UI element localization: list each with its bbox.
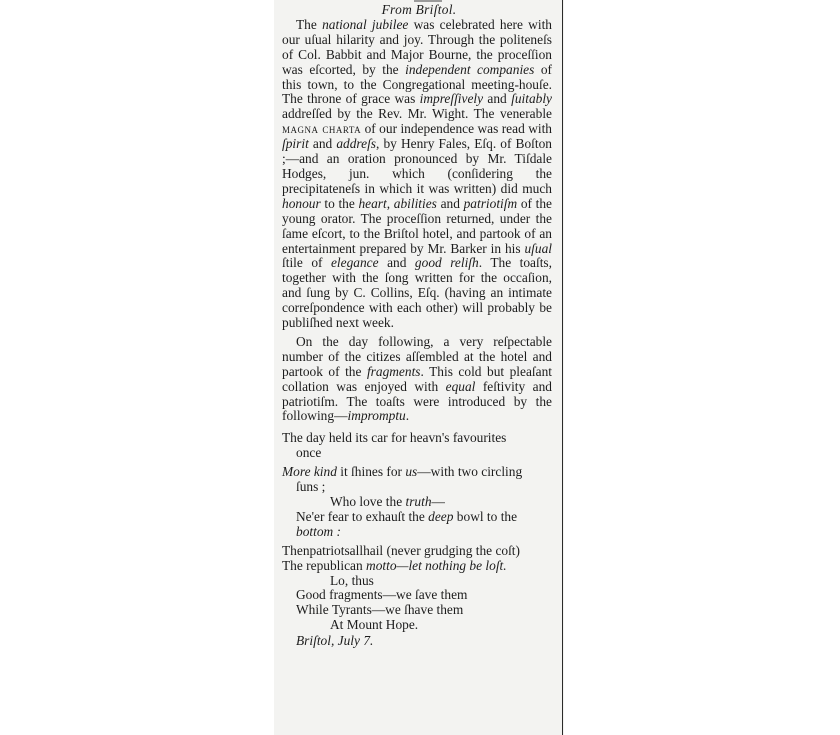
poem-line: ſuns ; <box>282 480 552 495</box>
italic-text: motto—let nothing be loſt. <box>366 558 507 573</box>
article-paragraph-2: On the day following, a very reſpectable… <box>282 335 556 424</box>
italic-text: impreſſively <box>420 91 483 106</box>
poem-line: Good fragments—we ſave them <box>282 588 552 603</box>
italic-text: equal <box>446 379 476 394</box>
poem-line: The day held its car for heavn's favouri… <box>282 431 552 446</box>
text-run: of our independence was read with <box>361 121 552 136</box>
poem-line: While Tyrants—we ſhave them <box>282 603 552 618</box>
text-run: Good fragments—we ſave them <box>296 587 467 602</box>
poem-line: once <box>282 446 552 461</box>
italic-text: deep <box>428 509 453 524</box>
text-run: The <box>296 17 322 32</box>
italic-text: impromptu <box>347 408 405 423</box>
text-run: Thenpatriotsallhail (never grudging the … <box>282 543 520 558</box>
impromptu-poem: The day held its car for heavn's favouri… <box>282 431 556 633</box>
italic-text: ſpirit <box>282 136 309 151</box>
newspaper-clipping: From Briſtol. The national jubilee was c… <box>274 0 564 735</box>
text-run: —with two circling <box>417 464 522 479</box>
italic-text: independent companies <box>405 62 534 77</box>
poem-line: Lo, thus <box>282 574 552 589</box>
italic-text: heart <box>358 196 386 211</box>
text-run: Ne'er fear to exhauſt the <box>296 509 428 524</box>
italic-text: national jubilee <box>322 17 408 32</box>
italic-text: bottom : <box>296 524 341 539</box>
article-dateline: Briſtol, July 7. <box>282 634 556 649</box>
italic-text: patriotiſm <box>464 196 518 211</box>
text-run: once <box>296 445 321 460</box>
text-run: , <box>387 196 394 211</box>
poem-line: Thenpatriotsallhail (never grudging the … <box>282 544 552 559</box>
italic-text: abilities <box>394 196 437 211</box>
text-run: Lo, thus <box>330 573 374 588</box>
poem-line: Ne'er fear to exhauſt the deep bowl to t… <box>282 510 552 525</box>
column-rule-divider <box>562 0 564 735</box>
text-run: it ſhines for <box>337 464 405 479</box>
text-run: to the <box>321 196 359 211</box>
small-caps-text: magna charta <box>282 121 361 136</box>
poem-line: bottom : <box>282 525 552 540</box>
poem-line: At Mount Hope. <box>282 618 552 633</box>
italic-text: truth <box>406 494 432 509</box>
italic-text: elegance <box>331 255 379 270</box>
poem-line: More kind it ſhines for us—with two circ… <box>282 465 552 480</box>
text-run: — <box>432 494 445 509</box>
article-paragraph-1: The national jubilee was celebrated here… <box>282 18 556 331</box>
text-run: and <box>309 136 337 151</box>
text-run: . <box>406 408 409 423</box>
top-rule-divider <box>414 0 442 2</box>
text-run: Who love the <box>330 494 406 509</box>
italic-text: addreſs <box>336 136 376 151</box>
text-run: ſuns ; <box>296 479 325 494</box>
text-run: The day held its car for heavn's favouri… <box>282 430 506 445</box>
italic-text: More kind <box>282 464 337 479</box>
text-run: The republican <box>282 558 366 573</box>
text-run: and <box>379 255 415 270</box>
italic-text: uſual <box>524 241 552 256</box>
poem-line: Who love the truth— <box>282 495 552 510</box>
poem-line: The republican motto—let nothing be loſt… <box>282 559 552 574</box>
text-run: and <box>437 196 464 211</box>
text-run: ſtile of <box>282 255 331 270</box>
text-run: While Tyrants—we ſhave them <box>296 602 463 617</box>
italic-text: fragments <box>367 364 421 379</box>
italic-text: good reliſh <box>415 255 479 270</box>
italic-text: honour <box>282 196 321 211</box>
italic-text: us <box>405 464 417 479</box>
text-run: and <box>483 91 511 106</box>
text-run: bowl to the <box>453 509 517 524</box>
text-run: At Mount Hope. <box>330 617 418 632</box>
text-run: addreſſed by the Rev. Mr. Wight. The ven… <box>282 106 552 121</box>
italic-text: ſuitably <box>511 91 552 106</box>
article-heading: From Briſtol. <box>282 3 556 18</box>
